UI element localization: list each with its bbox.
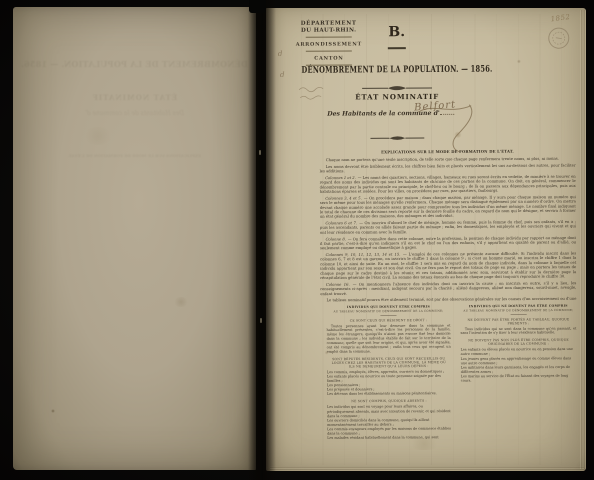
form-letter: B. (265, 23, 529, 41)
explanation-paragraph: Colonnes 6 et 7. — On inscrira d'abord l… (320, 220, 576, 235)
paper-stain (83, 127, 113, 145)
section-heading: NE DOIVENT PAS ÊTRE PORTÉS AU TABLEAU, Q… (463, 317, 574, 325)
section-list: Les individus qui sont en voyage pour le… (327, 405, 451, 440)
section-heading: SONT RÉPUTÉS RÉSIDENTS, CEUX QUI SONT RE… (329, 357, 448, 369)
right-column-title: INDIVIDUS QUI NE DOIVENT PAS ÊTRE COMPRI… (460, 304, 576, 308)
paragraph-text: Les noms devront être lisiblement écrits… (320, 163, 576, 174)
paper-stain (407, 438, 441, 450)
showthrough-explanations: EXPLICATIONS SUR LE MODE DE FORMATION DE… (13, 153, 256, 158)
showthrough-subtitle: ÉTAT NOMINATIF (13, 93, 256, 102)
section-paragraph: Toutes personnes ayant leur demeure dans… (327, 324, 451, 355)
photo-backdrop: DÉNOMBREMENT DE LA POPULATION. — 1856. É… (0, 0, 594, 480)
paragraph-text: Le tableau nominatif pourra être utileme… (320, 297, 576, 303)
paragraph-text: — On fera connaître dans cette colonne, … (320, 236, 576, 251)
rule (306, 50, 352, 51)
handwritten-corner-number: 1852 (550, 13, 571, 23)
form-title-text: DÉNOMBREMENT DE LA POPULATION. — 1856. (301, 65, 492, 76)
handwritten-arrondissement-mark: d (278, 50, 283, 58)
paper-stain (51, 409, 55, 413)
explanations-block: EXPLICATIONS SUR LE MODE DE FORMATION DE… (319, 149, 577, 303)
section-list: Les commis, employés, élèves, apprentis,… (327, 370, 451, 397)
paragraph-text: — Les noms des quartiers, sections, vill… (320, 174, 576, 194)
rules-columns-block: INDIVIDUS QUI DOIVENT ÊTRE COMPRIS AU TA… (326, 304, 579, 440)
section-list: Les enfants ou élèves placés en nourrice… (461, 348, 577, 384)
section-heading: NE DOIVENT PAS NON PLUS ÊTRE COMPRIS, QU… (463, 338, 574, 346)
right-column-subtitle: AU TABLEAU NOMINATIF DU DÉNOMBREMENT DE … (460, 309, 576, 313)
form-subtitle: ÉTAT NOMINATIF (265, 91, 529, 102)
right-page: DÉPARTEMENT DU HAUT-RHIN. ARRONDISSEMENT… (266, 8, 586, 471)
explanation-paragraph: Colonne 16. — On mentionnera l'absence d… (320, 281, 576, 296)
section-paragraph: Tous individus qui ne sont dans la commu… (460, 327, 576, 336)
explanation-paragraph: Colonnes 9, 10, 11, 12, 13, 14 et 15. — … (320, 251, 576, 280)
showthrough-title: DÉNOMBREMENT DE LA POPULATION. — 1856. (13, 59, 256, 69)
rule-under-letter (388, 47, 406, 49)
left-column-subtitle: AU TABLEAU NOMINATIF DU DÉNOMBREMENT DE … (326, 310, 450, 314)
binding-stitch (259, 150, 261, 155)
explanations-heading: EXPLICATIONS SUR LE MODE DE FORMATION DE… (319, 149, 575, 155)
column-individuals-excluded: INDIVIDUS QUI NE DOIVENT PAS ÊTRE COMPRI… (460, 304, 577, 440)
rule (510, 314, 526, 315)
paragraph-text: Chaque nom ne portera qu'une seule inscr… (326, 157, 559, 163)
ornament-divider-icon (265, 126, 529, 147)
explanation-paragraph: Le tableau nominatif pourra être utileme… (320, 297, 576, 303)
form-title: DÉNOMBREMENT DE LA POPULATION. — 1856. (265, 56, 529, 77)
section-heading: NE SONT COMPRIS, QUOIQUE ABSENTS : (329, 399, 448, 403)
binding-stitch (260, 318, 262, 323)
rule (380, 315, 396, 316)
section-heading: CE SONT CEUX QUI RÉSIDENT DE DROIT : (329, 318, 448, 322)
arrondissement-label: ARRONDISSEMENT (283, 41, 375, 48)
explanation-paragraph: Les noms devront être lisiblement écrits… (320, 163, 576, 174)
explanation-paragraph: Colonne 8. — On fera connaître dans cett… (320, 236, 576, 251)
explanation-paragraph: Colonnes 1 et 2. — Les noms des quartier… (320, 174, 576, 194)
book-gutter (248, 0, 276, 480)
showthrough-commune-line: Des Habitants de la commune d' (13, 110, 256, 117)
archive-stamp-icon (545, 25, 572, 52)
paragraph-text: — On inscrira d'abord le chef de ménage,… (320, 220, 576, 235)
paper-stain (173, 297, 189, 307)
explanation-paragraph: Chaque nom ne portera qu'une seule inscr… (320, 157, 576, 163)
explanation-paragraph: Colonnes 3, 4 et 5. — On procédera par m… (320, 195, 576, 220)
paragraph-text: — On mentionnera l'absence des individus… (320, 281, 576, 296)
column-individuals-included: INDIVIDUS QUI DOIVENT ÊTRE COMPRIS AU TA… (326, 305, 451, 440)
binding-tape (249, 0, 266, 13)
left-page: DÉNOMBREMENT DE LA POPULATION. — 1856. É… (13, 7, 256, 470)
